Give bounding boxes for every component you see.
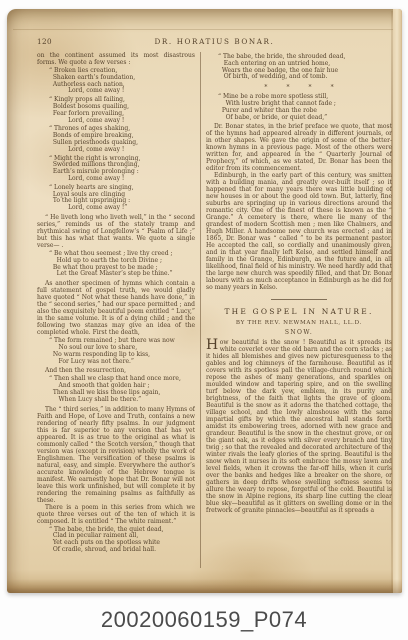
asterisk-separator: * * * * xyxy=(206,83,392,92)
verse-stanza: “ Be what thou seemest ; live thy creed … xyxy=(49,251,195,278)
left-column: on the continent assumed its most disast… xyxy=(37,52,195,568)
verse-line: Lord, come away ! xyxy=(49,118,195,125)
right-column: “ The babe, the bride, the shrouded dead… xyxy=(206,52,392,568)
text-columns: on the continent assumed its most disast… xyxy=(37,52,392,568)
verse-stanza: “ Then shall we clasp that hand once mor… xyxy=(49,376,195,403)
verse-line: When Lucy shall be there.” xyxy=(49,397,195,404)
body-paragraph: Dr. Bonar states, in the brief preface w… xyxy=(206,123,392,172)
running-title: DR. HORATIUS BONAR. xyxy=(73,37,356,46)
body-paragraph: And then the resurrection, xyxy=(37,367,195,374)
watermark-id: 20020060159_P074 xyxy=(0,607,408,633)
body-paragraph: How beautiful is the snow ! Beautiful as… xyxy=(206,339,392,514)
adjacent-page-edge xyxy=(393,9,402,593)
column-divider xyxy=(200,52,201,568)
verse-line: Lord, come away ! xyxy=(49,176,195,183)
page-content: 120 DR. HORATIUS BONAR. on the continent… xyxy=(37,37,392,581)
verse-stanza: “ Mine be a robe more spotless still, Wi… xyxy=(218,94,392,121)
body-paragraph: Edinburgh, in the early part of this cen… xyxy=(206,172,392,291)
verse-stanza: “ The babe, the bride, the quiet dead, C… xyxy=(49,527,195,554)
article-subheading: SNOW. xyxy=(206,329,392,336)
verse-line: Lord, come away ! xyxy=(49,147,195,154)
page-number: 120 xyxy=(37,37,73,46)
verse-line: Of cradle, shroud, and bridal hall. xyxy=(49,547,195,554)
verse-stanza: “ Broken lies creation, Shaken earth’s f… xyxy=(49,68,195,95)
verse-line: Let the Great Master’s step be thine.” xyxy=(49,271,195,278)
verse-line: Of birth, of wedding, and of tomb. xyxy=(218,74,392,81)
drop-cap-letter: H xyxy=(206,339,220,352)
verse-stanza: “ Kingly props all failing, Boldest boso… xyxy=(49,97,195,124)
verse-line: Of babe, or bride, or quiet dead,” xyxy=(218,115,392,122)
verse-stanza: “ Might the right is wronging, Sworded m… xyxy=(49,156,195,183)
verse-stanza: “ The babe, the bride, the shrouded dead… xyxy=(218,54,392,81)
verse-stanza: “ Lonely hearts are singing, Loyal souls… xyxy=(49,185,195,212)
verse-stanza: “ The form remained ; but there was now … xyxy=(49,338,195,365)
body-paragraph: “ He liveth long who liveth well,” in th… xyxy=(37,214,195,249)
running-head: 120 DR. HORATIUS BONAR. xyxy=(37,37,392,46)
article-title: THE GOSPEL IN NATURE. xyxy=(206,307,392,316)
body-paragraph: There is a poem in this series from whic… xyxy=(37,504,195,525)
verse-line: Lord, come away !” xyxy=(49,205,195,212)
body-paragraph: As another specimen of hymns which conta… xyxy=(37,280,195,336)
scan-background: 120 DR. HORATIUS BONAR. on the continent… xyxy=(0,0,408,640)
verse-stanza: “ Thrones of ages shaking, Bonds of empi… xyxy=(49,126,195,153)
book-page: 120 DR. HORATIUS BONAR. on the continent… xyxy=(7,9,402,593)
section-divider-rule xyxy=(271,299,327,300)
article-byline: BY THE REV. NEWMAN HALL, LL.D. xyxy=(206,320,392,326)
verse-line: For Lucy was not there.” xyxy=(49,359,195,366)
body-paragraph: on the continent assumed its most disast… xyxy=(37,52,195,66)
body-paragraph: The “ third series,” in addition to many… xyxy=(37,406,195,504)
verse-line: Lord, come away ! xyxy=(49,88,195,95)
